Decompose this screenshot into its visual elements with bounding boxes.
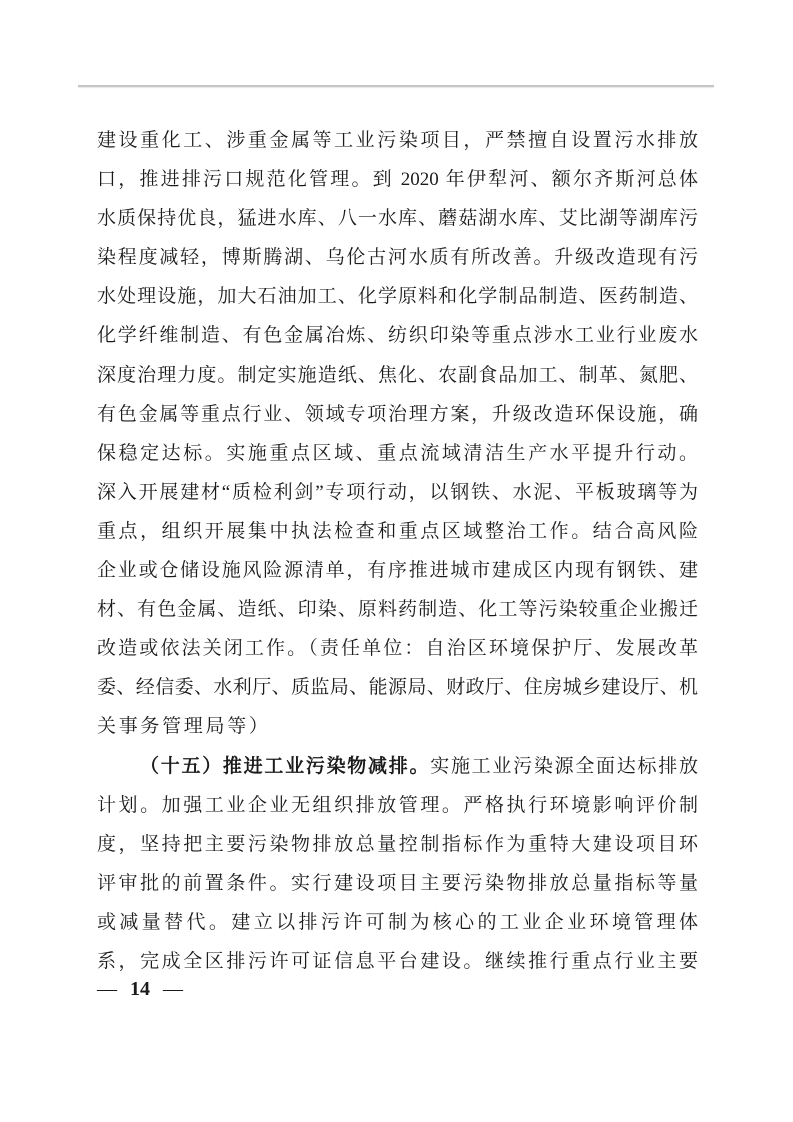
text-line: 材、有色金属、造纸、印染、原料药制造、化工等污染较重企业搬迁 [97,590,698,629]
text-line: 度，坚持把主要污染物排放总量控制指标作为重特大建设项目环 [97,825,698,864]
document-page: 建设重化工、涉重金属等工业污染项目，严禁擅自设置污水排放口，推进排污口规范化管理… [0,0,793,1122]
text-line: 或减量替代。建立以排污许可制为核心的工业企业环境管理体 [97,903,698,942]
section-heading: （十五）推进工业污染物减排。 [140,756,430,777]
text-line: 委、经信委、水利厅、质监局、能源局、财政厅、住房城乡建设厅、机 [97,668,698,707]
footer-dash-right: — [163,978,183,1000]
text-line: 改造或依法关闭工作。（责任单位：自治区环境保护厅、发展改革 [97,629,698,668]
text-line: 重点，组织开展集中执法检查和重点区域整治工作。结合高风险 [97,512,698,551]
text-line: 系，完成全区排污许可证信息平台建设。继续推行重点行业主要 [97,942,698,981]
text-line: 保稳定达标。实施重点区域、重点流域清洁生产水平提升行动。 [97,434,698,473]
text-line: 计划。加强工业企业无组织排放管理。严格执行环境影响评价制 [97,786,698,825]
text-line: 深入开展建材“质检利剑”专项行动，以钢铁、水泥、平板玻璃等为 [97,473,698,512]
text-line: 水质保持优良，猛进水库、八一水库、蘑菇湖水库、艾比湖等湖库污 [97,199,698,238]
text-line: 企业或仓储设施风险源清单，有序推进城市建成区内现有钢铁、建 [97,551,698,590]
text-line: 有色金属等重点行业、领域专项治理方案，升级改造环保设施，确 [97,395,698,434]
text-line: （十五）推进工业污染物减排。实施工业污染源全面达标排放 [97,747,698,786]
text-line: 建设重化工、涉重金属等工业污染项目，严禁擅自设置污水排放 [97,121,698,160]
text-line: 深度治理力度。制定实施造纸、焦化、农副食品加工、制革、氮肥、 [97,356,698,395]
footer-dash-left: — [97,978,117,1000]
document-body: 建设重化工、涉重金属等工业污染项目，严禁擅自设置污水排放口，推进排污口规范化管理… [97,121,698,981]
text-line: 关事务管理局等） [97,707,698,746]
page-number: 14 [130,978,150,1000]
page-footer: —14— [97,976,183,1002]
text-line: 化学纤维制造、有色金属冶炼、纺织印染等重点涉水工业行业废水 [97,316,698,355]
text-line: 口，推进排污口规范化管理。到 2020 年伊犁河、额尔齐斯河总体 [97,160,698,199]
text-line: 水处理设施，加大石油加工、化学原料和化学制品制造、医药制造、 [97,277,698,316]
text-line: 染程度减轻，博斯腾湖、乌伦古河水质有所改善。升级改造现有污 [97,238,698,277]
page-top-rule [78,85,714,87]
text-line: 评审批的前置条件。实行建设项目主要污染物排放总量指标等量 [97,864,698,903]
